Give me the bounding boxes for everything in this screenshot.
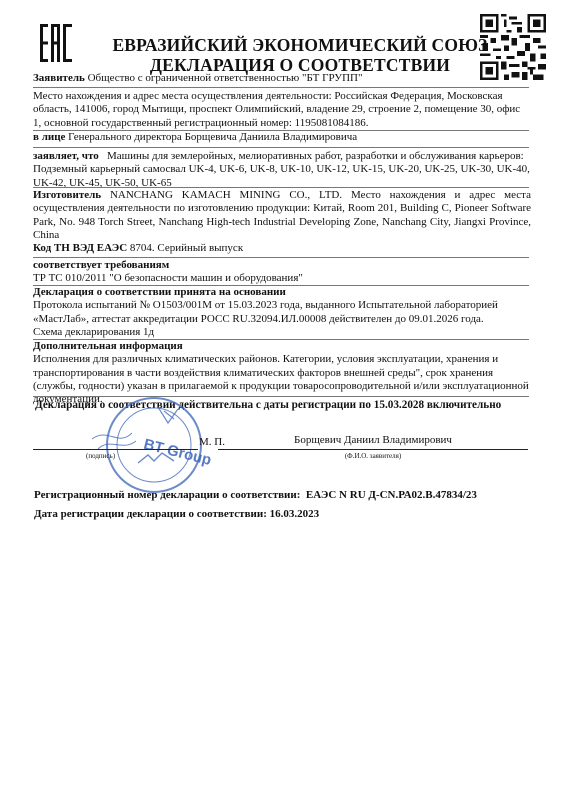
registration-number-label: Регистрационный номер декларации о соотв… (34, 489, 300, 501)
divider (33, 147, 529, 148)
divider (33, 87, 529, 88)
declaration-document: ЕВРАЗИЙСКИЙ ЭКОНОМИЧЕСКИЙ СОЮЗ ДЕКЛАРАЦИ… (0, 0, 565, 800)
declares-value: Машины для землеройных, мелиоративных ра… (33, 150, 530, 189)
eac-logo-icon (40, 24, 72, 62)
represented-by-label: в лице (33, 131, 65, 143)
represented-by-row: в лице Генерального директора Борщевича … (33, 131, 531, 144)
registration-number-row: Регистрационный номер декларации о соотв… (34, 489, 532, 502)
declares-row: заявляет, что Машины для землеройных, ме… (33, 150, 531, 190)
registration-date-row: Дата регистрации декларации о соответств… (34, 508, 532, 521)
requirements-label: соответствует требованиям (33, 259, 169, 271)
registration-date-value: 16.03.2023 (270, 508, 320, 520)
basis-scheme: Схема декларирования 1д (33, 326, 154, 338)
manufacturer-row: Изготовитель NANCHANG KAMACH MINING CO.,… (33, 189, 531, 242)
qr-code-icon (480, 14, 546, 80)
applicant-label: Заявитель (33, 72, 85, 84)
applicant-row: Заявитель Общество с ограниченной ответс… (33, 72, 531, 85)
registration-date-label: Дата регистрации декларации о соответств… (34, 508, 267, 520)
additional-label: Дополнительная информация (33, 340, 183, 352)
union-title: ЕВРАЗИЙСКИЙ ЭКОНОМИЧЕСКИЙ СОЮЗ (80, 35, 520, 56)
company-stamp-icon: BT Group (88, 397, 212, 497)
basis-row: Декларация о соответствии принята на осн… (33, 286, 531, 339)
basis-label: Декларация о соответствии принята на осн… (33, 286, 286, 298)
represented-by-value: Генерального директора Борщевича Даниила… (68, 131, 357, 143)
basis-protocol: Протокола испытаний № О1503/001М от 15.0… (33, 299, 498, 324)
divider (33, 257, 529, 258)
location-text: Место нахождения и адрес места осуществл… (33, 90, 531, 130)
tn-ved-value: 8704. Серийный выпуск (130, 242, 243, 254)
divider (33, 187, 529, 188)
tn-ved-label: Код ТН ВЭД ЕАЭС (33, 242, 127, 254)
signer-name: Борщевич Даниил Владимирович (218, 434, 528, 447)
requirements-value: ТР ТС 010/2011 "О безопасности машин и о… (33, 272, 303, 284)
registration-number-value: ЕАЭС N RU Д-CN.РА02.В.47834/23 (306, 489, 477, 501)
manufacturer-label: Изготовитель (33, 189, 101, 201)
tn-ved-row: Код ТН ВЭД ЕАЭС 8704. Серийный выпуск (33, 242, 531, 255)
declares-label: заявляет, что (33, 150, 99, 162)
requirements-row: соответствует требованиям ТР ТС 010/2011… (33, 259, 531, 286)
signature-caption: (подпись) (86, 452, 115, 460)
manufacturer-value: NANCHANG KAMACH MINING CO., LTD. Место н… (33, 189, 531, 241)
signature-line (33, 449, 198, 450)
applicant-value: Общество с ограниченной ответственностью… (88, 72, 363, 84)
signer-caption: (Ф.И.О. заявителя) (218, 452, 528, 460)
signer-name-line (218, 449, 528, 450)
